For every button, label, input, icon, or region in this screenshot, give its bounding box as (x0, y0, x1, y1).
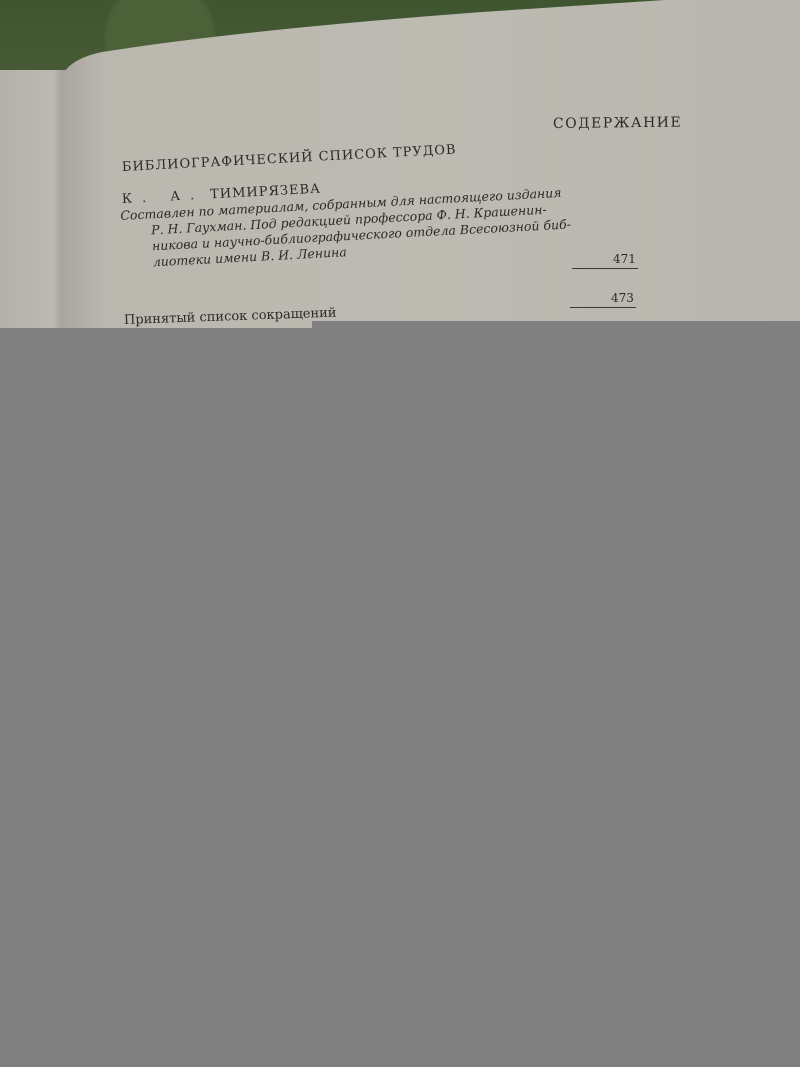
section-heading: СОДЕРЖАНИЕ (553, 115, 682, 132)
page-number-rule (570, 307, 636, 308)
redaction-block (0, 328, 800, 1067)
left-book-page (0, 70, 66, 330)
entry-page-number: 471 (613, 252, 636, 266)
entry-page-number: 473 (611, 291, 634, 305)
page-number-rule (572, 268, 638, 269)
